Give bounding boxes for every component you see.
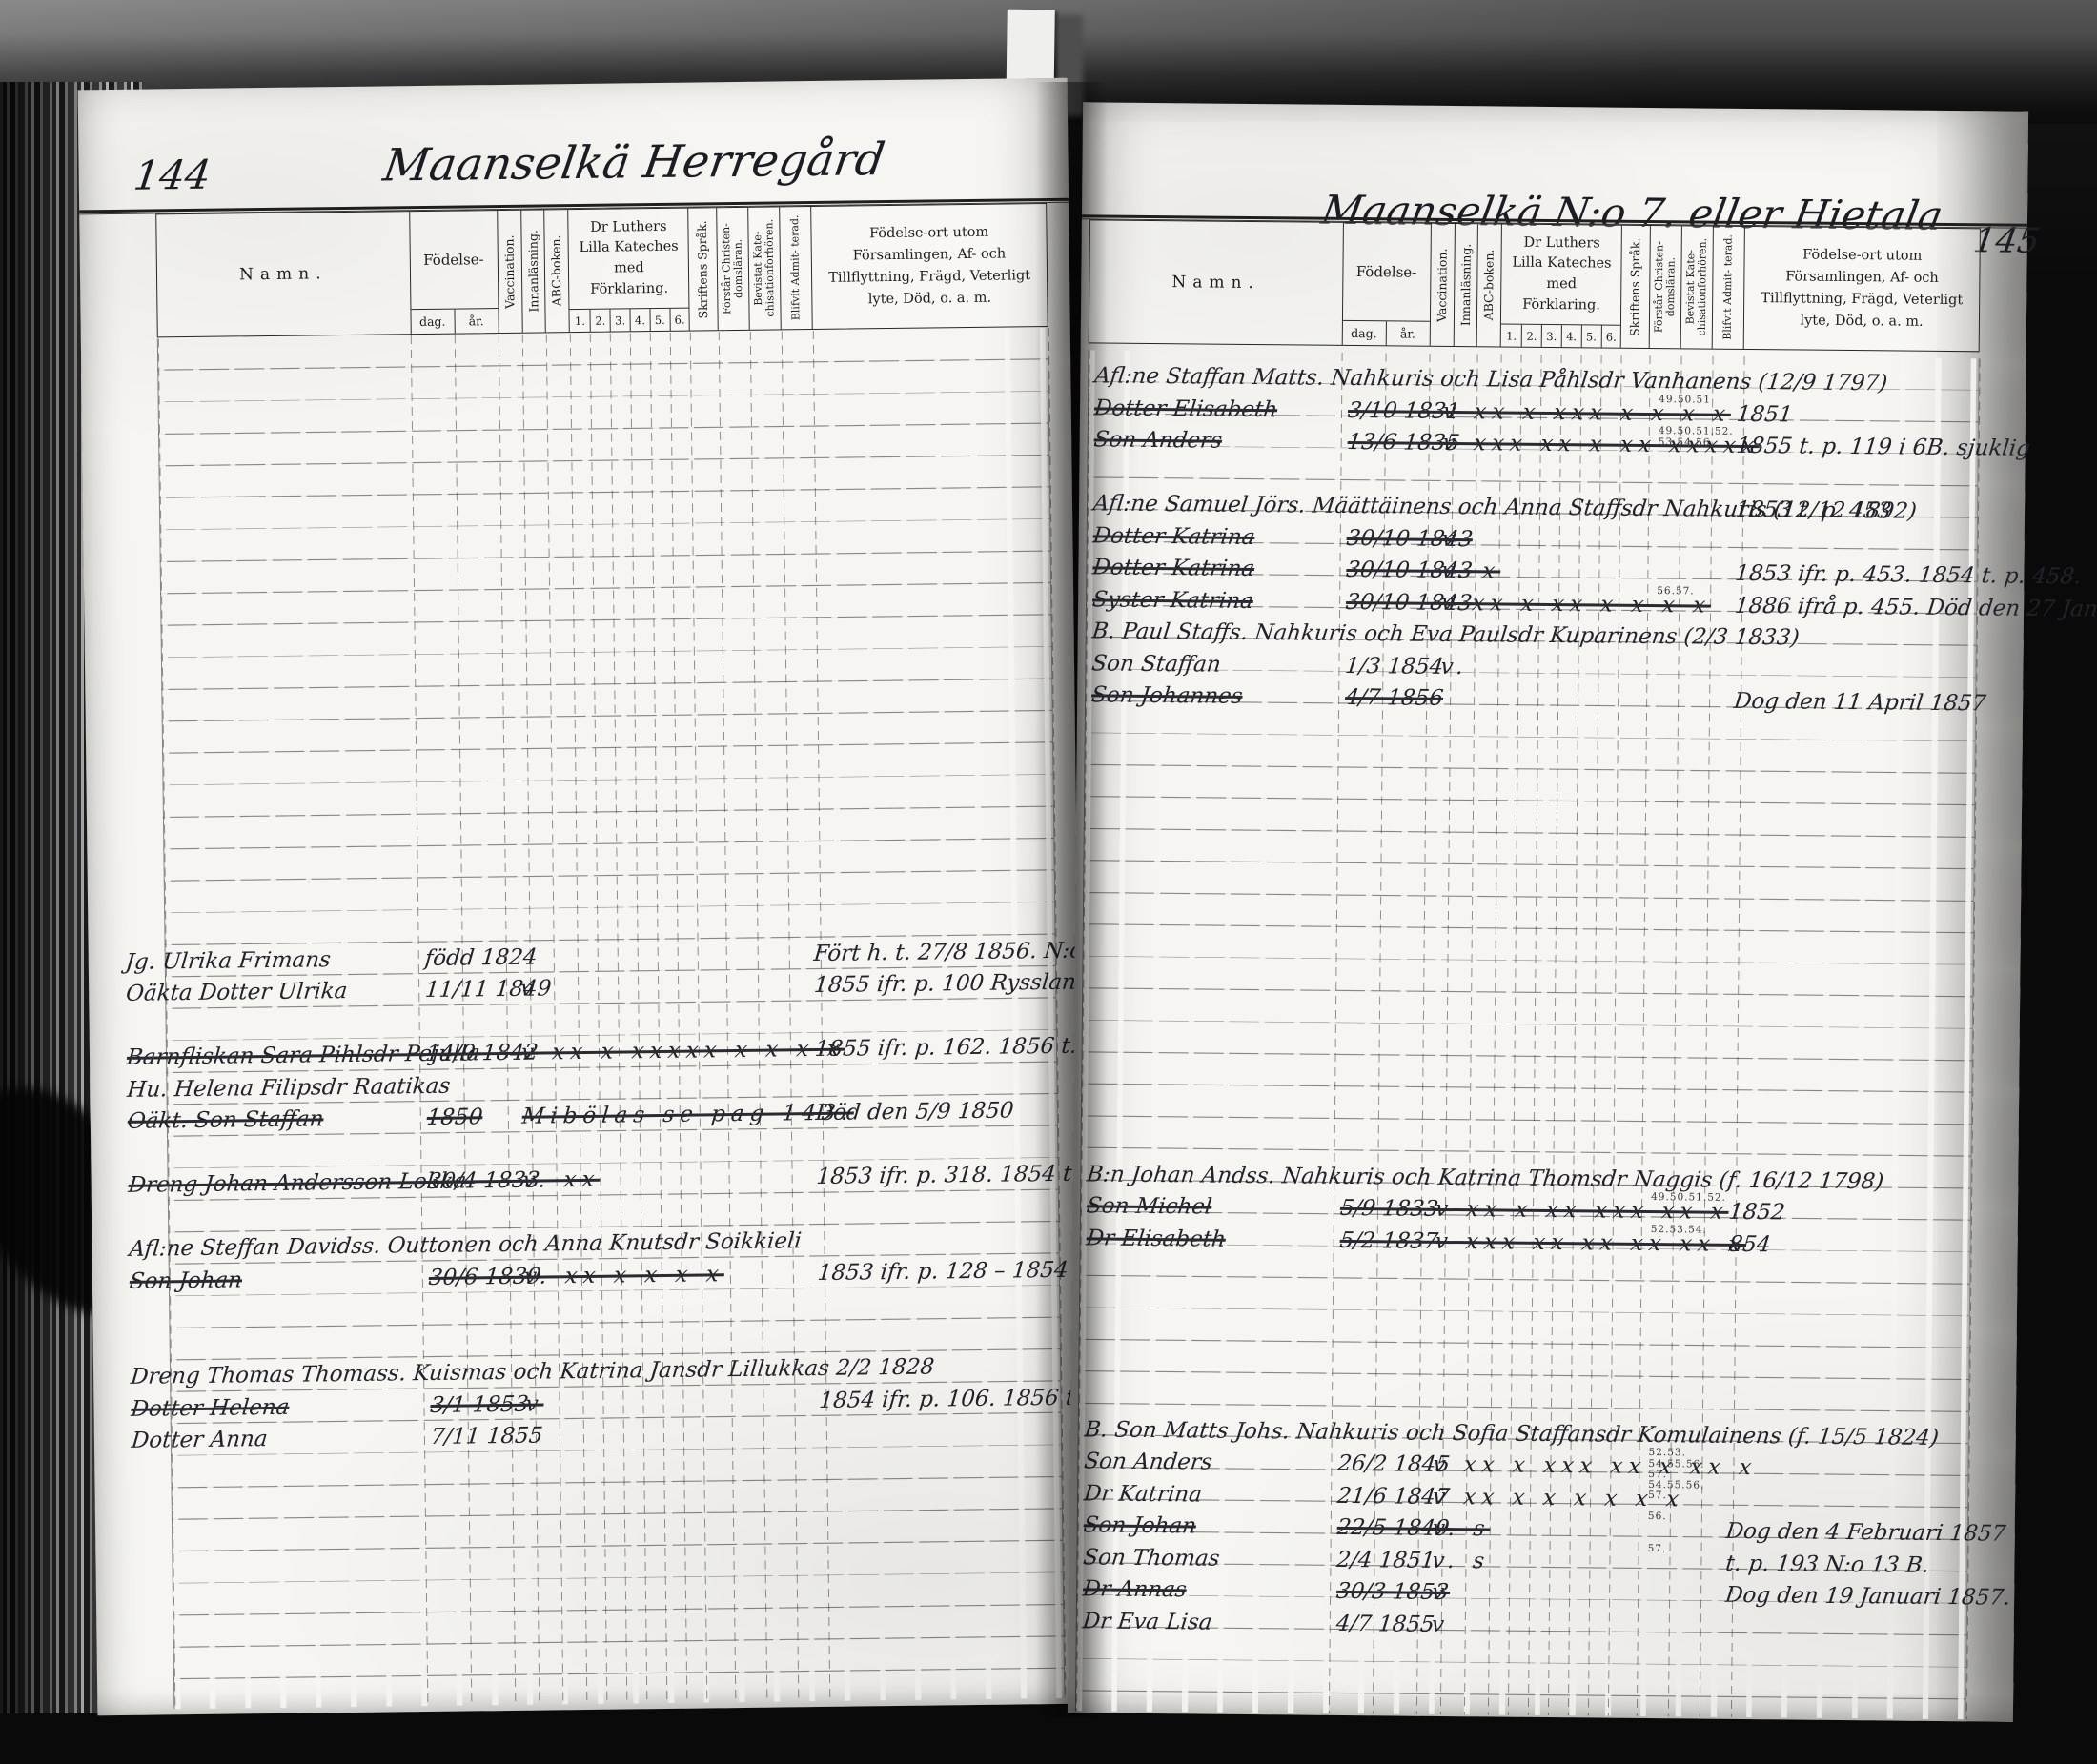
- entry-date: 4/7 1855: [1334, 1609, 1435, 1638]
- entry-name: Dr Eva Lisa: [1081, 1607, 1213, 1636]
- entry-name: Dr Elisabeth: [1085, 1224, 1228, 1253]
- col-skriftens-label: Skriftens Språk.: [689, 208, 719, 330]
- kateches-col-2: 2.: [590, 310, 610, 332]
- col-abc-boken: ABC-boken.: [1476, 224, 1501, 346]
- col-fodelse-label: Födelse-: [1343, 223, 1431, 321]
- table-body-left: Jg. Ulrika Frimansfödd 1824Fört h. t. 27…: [157, 328, 1065, 1709]
- column-rule: [1048, 328, 1067, 1698]
- col-fodelse-sub: dag. år.: [411, 308, 498, 334]
- col-bevistat-label: Bevistat Kate- chisationforhören.: [1681, 226, 1713, 348]
- entry-marks: v.: [1439, 652, 1471, 680]
- col-skriftens-label: Skriftens Språk.: [1621, 226, 1650, 348]
- col-vaccination: Vaccination.: [1429, 224, 1454, 346]
- entry-marks: v: [519, 975, 540, 1004]
- col-kateches-sub: 1. 2. 3. 4. 5. 6.: [570, 308, 689, 333]
- scanned-ledger-spread: 144 Maanselkä Herregård Namn. Födelse- d…: [0, 0, 2097, 1764]
- col-blifvit: Blifvit Admit- terad.: [779, 207, 812, 329]
- entry-name: Dr Katrina: [1082, 1479, 1203, 1509]
- col-innanlasning: Innanläsning.: [520, 210, 546, 332]
- entry-note: Dog den 19 Januari 1857.: [1723, 1581, 2012, 1612]
- entry-note: 1853 ifr. p. 453. 1854 t. p. 458.: [1734, 559, 2083, 591]
- column-rule: [411, 335, 429, 1706]
- col-namn: Namn.: [156, 212, 410, 336]
- kateches-col-6: 6.: [1600, 326, 1620, 348]
- entry-date: 1/3 1854: [1344, 651, 1445, 680]
- column-rule: [719, 332, 737, 1702]
- column-rule: [670, 333, 688, 1703]
- column-rule: [782, 331, 800, 1701]
- entry-date: 5/9 1833: [1338, 1194, 1439, 1224]
- column-rule: [499, 335, 517, 1705]
- col-forstar-label: Förstår Christen- domsläran.: [1650, 226, 1681, 348]
- col-abc-boken-label: ABC-boken.: [545, 210, 570, 332]
- column-rule: [522, 335, 540, 1705]
- entry-date: 7/11 1855: [430, 1422, 544, 1451]
- col-fodelse-ort: Födelse-ort utom Församlingen, Af- och T…: [810, 204, 1047, 329]
- entry-attend: 56.: [1648, 1511, 1717, 1523]
- entry-name: Afl:ne Staffan Matts. Nahkuris och Lisa …: [1093, 361, 1889, 397]
- col-namn: Namn.: [1089, 220, 1343, 345]
- column-rule: [546, 334, 564, 1704]
- col-kateches-sub: 1. 2. 3. 4. 5. 6.: [1501, 324, 1620, 348]
- entry-attend: 54.55.56. 57.: [1648, 1480, 1717, 1503]
- column-rule: [590, 334, 608, 1704]
- page-title-left: Maanselkä Herregård: [380, 133, 888, 193]
- entry-marks: v. s: [1431, 1546, 1492, 1575]
- column-rule: [813, 331, 831, 1701]
- col-vaccination-label: Vaccination.: [1430, 224, 1454, 346]
- column-rule: [570, 334, 588, 1704]
- ledger-entry: Dreng Johan Andersson Lokka30/4 1833v. x…: [168, 1160, 1057, 1202]
- entry-name: Oäkta Dotter Ulrika: [125, 977, 349, 1008]
- entry-attend: 52.53.54.: [1651, 1225, 1720, 1236]
- entry-note: 1852: [1727, 1198, 1786, 1227]
- col-dag-label: dag.: [411, 310, 454, 335]
- col-innanlasning: Innanläsning.: [1453, 224, 1477, 346]
- entry-name: Son Johannes: [1089, 680, 1244, 710]
- entry-name: Son Johan: [128, 1266, 243, 1295]
- col-vaccination-label: Vaccination.: [498, 211, 522, 333]
- entry-name: Son Thomas: [1082, 1543, 1221, 1572]
- col-blifvit-label: Blifvit Admit- terad.: [780, 207, 812, 329]
- page-right: 145 Maanselkä N:o 7. eller Hietala Namn.…: [1068, 102, 2028, 1721]
- entry-marks: v: [524, 1389, 545, 1418]
- entry-date: 3/1 1853: [429, 1389, 530, 1419]
- column-rule: [750, 332, 768, 1702]
- entry-name: Son Anders: [1092, 425, 1224, 455]
- entry-note: Död den 5/9 1850: [814, 1096, 1014, 1127]
- col-fodelse: Födelse- dag. år.: [1341, 223, 1430, 346]
- col-bevistat: Bevistat Kate- chisationforhören.: [748, 207, 782, 329]
- entry-date: 4/7 1856: [1343, 683, 1444, 713]
- col-dag-label: dag.: [1342, 321, 1385, 345]
- entry-name: Dotter Katrina: [1091, 553, 1256, 583]
- page-number-left: 144: [132, 152, 214, 199]
- col-ar-label: år.: [454, 309, 498, 334]
- entry-marks: v. x: [1440, 557, 1502, 586]
- entry-marks: v. s: [1431, 1514, 1492, 1544]
- entry-name: Dotter Elisabeth: [1092, 394, 1279, 424]
- entry-name: B:n Johan Andss. Nahkuris och Katrina Th…: [1086, 1160, 1885, 1196]
- col-ar-label: år.: [1385, 321, 1429, 345]
- entry-name: Dotter Helena: [130, 1392, 291, 1423]
- column-rule: [630, 333, 648, 1703]
- entry-name: Son Johan: [1082, 1511, 1198, 1540]
- entry-note: 1853 t. p. 453: [1734, 496, 1892, 526]
- entry-name: Jg. Ulrika Frimans: [124, 945, 332, 977]
- entry-attend: 57.: [1648, 1544, 1717, 1555]
- entry-name: Son Michel: [1085, 1191, 1213, 1221]
- kateches-col-3: 3.: [610, 309, 630, 331]
- col-abc-boken: ABC-boken.: [544, 210, 570, 332]
- col-bevistat-label: Bevistat Kate- chisationforhören.: [749, 207, 782, 329]
- entry-note: Dog den 4 Februari 1857: [1724, 1517, 2007, 1549]
- col-forstar: Förstår Christen- domsläran.: [717, 208, 750, 330]
- entry-name: Oäkt. Son Staffan: [126, 1105, 324, 1136]
- entry-marks: v. xx x x x x: [522, 1260, 725, 1291]
- kateches-col-5: 5.: [1580, 325, 1600, 347]
- entry-name: Son Staffan: [1090, 649, 1223, 679]
- col-forstar-label: Förstår Christen- domsläran.: [718, 208, 750, 330]
- col-fodelse-sub: dag. år.: [1342, 320, 1429, 346]
- col-blifvit: Blifvit Admit- terad.: [1712, 227, 1744, 349]
- entry-note: t. p. 193 N:o 13 B.: [1724, 1549, 1931, 1579]
- column-rule: [690, 333, 708, 1703]
- entry-attend: 52.53. 54.55.56. 57.: [1648, 1448, 1717, 1481]
- entry-name: Dotter Anna: [131, 1425, 269, 1455]
- col-namn-label: Namn.: [239, 264, 328, 284]
- col-blifvit-label: Blifvit Admit- terad.: [1713, 227, 1744, 349]
- entry-date: 2/4 1851: [1335, 1545, 1436, 1574]
- entry-name: Dreng Johan Andersson Lokka: [127, 1166, 467, 1199]
- entry-marks: v xx x xxxxx x x x x: [520, 1035, 847, 1067]
- entry-attend: 56.57.: [1657, 586, 1725, 598]
- entry-note: 854: [1727, 1229, 1772, 1258]
- kateches-col-4: 4.: [629, 309, 649, 331]
- col-fodelse-ort-label: Födelse-ort utom Församlingen, Af- och T…: [1756, 244, 1968, 335]
- table-header: Namn. Födelse- dag. år. Vaccination. Inn…: [1089, 219, 1981, 352]
- kateches-col-1: 1.: [570, 310, 590, 332]
- col-kateches-label: Dr Luthers Lilla Kateches med Förklaring…: [1501, 225, 1621, 325]
- entry-note: 1855 ifr. p. 100 Ryssland: [813, 967, 1091, 1000]
- entry-marks: v: [1440, 524, 1461, 553]
- col-bevistat: Bevistat Kate- chisationforhören.: [1680, 226, 1713, 348]
- table-header: Namn. Födelse- dag. år. Vaccination. Inn…: [155, 203, 1048, 337]
- column-rule: [610, 334, 628, 1704]
- col-innanlasning-label: Innanläsning.: [1454, 224, 1477, 346]
- entry-note: Dog den 11 April 1857: [1732, 687, 1987, 719]
- column-rule: [455, 335, 473, 1706]
- page-left: 144 Maanselkä Herregård Namn. Födelse- d…: [78, 78, 1088, 1716]
- col-fodelse: Födelse- dag. år.: [409, 211, 498, 334]
- col-kateches: Dr Luthers Lilla Kateches med Förklaring…: [568, 209, 690, 333]
- table-body-right: Afl:ne Staffan Matts. Nahkuris och Lisa …: [1075, 350, 1980, 1719]
- col-namn-label: Namn.: [1171, 273, 1260, 293]
- entry-date: 5/2 1837: [1338, 1226, 1439, 1255]
- col-skriftens-sprak: Skriftens Språk.: [688, 208, 719, 330]
- entry-name: Syster Katrina: [1090, 585, 1254, 616]
- entry-date: 1850: [425, 1103, 483, 1132]
- kateches-col-5: 5.: [649, 309, 669, 331]
- col-fodelse-ort-label: Födelse-ort utom Församlingen, Af- och T…: [824, 221, 1036, 312]
- entry-name: Hu. Helena Filipsdr Raatikas: [126, 1071, 452, 1104]
- kateches-col-4: 4.: [1561, 325, 1581, 347]
- entry-attend: 49.50.51.52. 53.54.56.: [1659, 426, 1727, 449]
- entry-name: Son Anders: [1083, 1447, 1214, 1476]
- entry-date: född 1824: [423, 943, 538, 972]
- kateches-col-2: 2.: [1521, 325, 1541, 347]
- col-vaccination: Vaccination.: [497, 211, 522, 333]
- kateches-col-6: 6.: [669, 309, 689, 331]
- entry-note: 1851: [1735, 399, 1794, 429]
- entry-name: Dotter Katrina: [1091, 521, 1256, 552]
- entry-name: Dr Annas: [1081, 1574, 1188, 1604]
- entry-marks: Mibölas se pag 143.: [520, 1099, 855, 1131]
- entry-marks: v: [1430, 1610, 1451, 1638]
- col-forstar: Förstår Christen- domsläran.: [1649, 226, 1681, 348]
- entry-marks: v: [1430, 1578, 1451, 1607]
- col-fodelse-ort: Födelse-ort utom Församlingen, Af- och T…: [1743, 227, 1980, 351]
- col-fodelse-label: Födelse-: [410, 211, 498, 309]
- kateches-col-1: 1.: [1501, 325, 1521, 347]
- kateches-col-3: 3.: [1541, 325, 1561, 347]
- column-rule: [158, 338, 176, 1709]
- entry-attend: 49.50.51: [1659, 395, 1727, 406]
- entry-note: 1855 t. p. 119 i 6B. sjuklig: [1735, 432, 2032, 463]
- entry-name: B. Son Matts Johs. Nahkuris och Sofia St…: [1083, 1415, 1940, 1452]
- column-rule: [650, 333, 668, 1703]
- col-skriftens-sprak: Skriftens Språk.: [1620, 226, 1650, 348]
- entry-note: 1886 ifrå p. 455. Död den 27 Jan. 1857: [1733, 591, 2097, 623]
- entry-name: Afl:ne Steffan Davidss. Outtonen och Ann…: [128, 1227, 803, 1264]
- entry-marks: v. xx: [521, 1166, 601, 1195]
- entry-attend: 49.50.51.52.: [1651, 1192, 1720, 1204]
- col-abc-boken-label: ABC-boken.: [1477, 224, 1501, 346]
- col-kateches-label: Dr Luthers Lilla Kateches med Förklaring…: [569, 209, 689, 310]
- col-innanlasning-label: Innanläsning.: [521, 210, 546, 332]
- col-kateches: Dr Luthers Lilla Kateches med Förklaring…: [1500, 224, 1621, 347]
- entry-name: B. Paul Staffs. Nahkuris och Eva Paulsdr…: [1090, 617, 1801, 652]
